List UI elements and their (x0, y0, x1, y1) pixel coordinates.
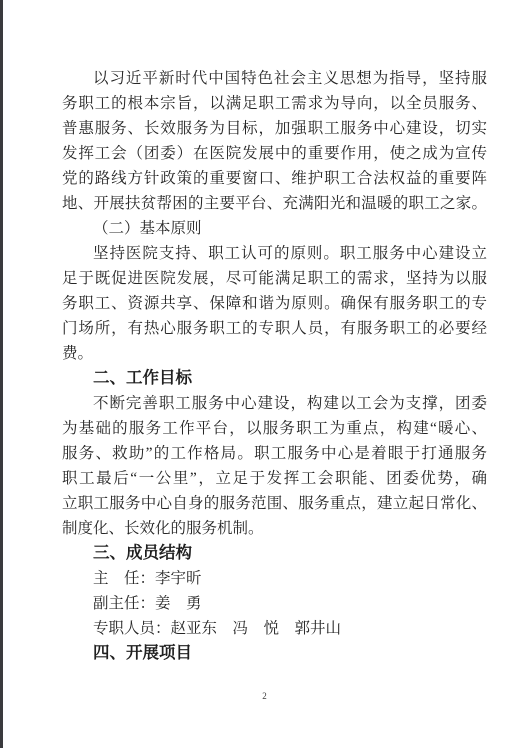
paragraph-line: 制度化、长效化的服务机制。 (62, 516, 487, 541)
subheading-basic-principles: （二）基本原则 (62, 216, 487, 241)
paragraph-line: 费。 (62, 341, 487, 366)
paragraph-line: 足于既促进医院发展，尽可能满足职工的需求，坚持为以服 (62, 266, 487, 291)
heading-work-goals: 二、工作目标 (62, 366, 487, 391)
document-body: 以习近平新时代中国特色社会主义思想为指导，坚持服 务职工的根本宗旨，以满足职工需… (62, 66, 487, 666)
heading-member-structure: 三、成员结构 (62, 541, 487, 566)
heading-projects: 四、开展项目 (62, 641, 487, 666)
paragraph-line: 门场所，有热心服务职工的专职人员，有服务职工的必要经 (62, 316, 487, 341)
paragraph-line: 地、开展扶贫帮困的主要平台、充满阳光和温暖的职工之家。 (62, 191, 487, 216)
paragraph-line: 立职工服务中心自身的服务范围、服务重点，建立起日常化、 (62, 491, 487, 516)
document-page: 以习近平新时代中国特色社会主义思想为指导，坚持服 务职工的根本宗旨，以满足职工需… (0, 0, 529, 748)
paragraph-line: 发挥工会（团委）在医院发展中的重要作用，使之成为宣传 (62, 141, 487, 166)
page-number: 2 (0, 691, 529, 701)
paragraph-line: 普惠服务、长效服务为目标，加强职工服务中心建设，切实 (62, 116, 487, 141)
member-staff-line: 专职人员：赵亚东 冯 悦 郭井山 (62, 616, 487, 641)
member-director-line: 主 任：李宇昕 (62, 566, 487, 591)
paragraph-line: 以习近平新时代中国特色社会主义思想为指导，坚持服 (62, 66, 487, 91)
paragraph-line: 党的路线方针政策的重要窗口、维护职工合法权益的重要阵 (62, 166, 487, 191)
paragraph-line: 坚持医院支持、职工认可的原则。职工服务中心建设立 (62, 241, 487, 266)
paragraph-line: 务职工、资源共享、保障和谐为原则。确保有服务职工的专 (62, 291, 487, 316)
member-deputy-director-line: 副主任：姜 勇 (62, 591, 487, 616)
paragraph-line: 服务、救助”的工作格局。职工服务中心是着眼于打通服务 (62, 441, 487, 466)
paragraph-line: 职工最后“一公里”，立足于发挥工会职能、团委优势，确 (62, 466, 487, 491)
paragraph-line: 务职工的根本宗旨，以满足职工需求为导向，以全员服务、 (62, 91, 487, 116)
page-left-edge (0, 0, 3, 748)
paragraph-line: 为基础的服务工作平台，以服务职工为重点，构建“暖心、 (62, 416, 487, 441)
paragraph-line: 不断完善职工服务中心建设，构建以工会为支撑，团委 (62, 391, 487, 416)
